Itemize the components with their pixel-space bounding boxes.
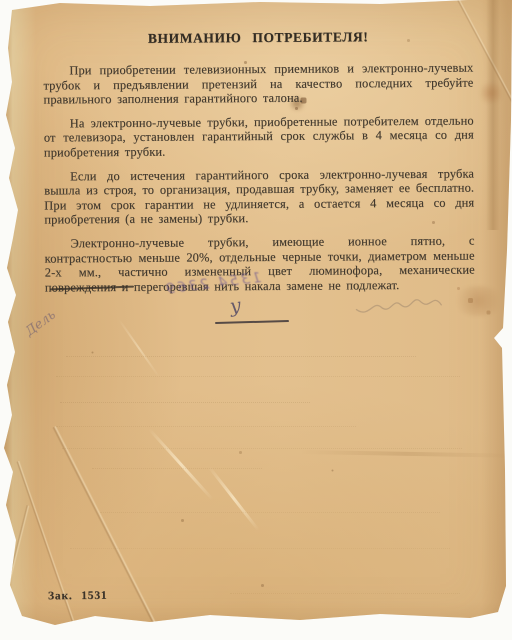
document-title: ВНИМАНИЮ ПОТРЕБИТЕЛЯ! [43,29,473,48]
paragraph-2: На электронно-лучевые трубки, приобретен… [44,113,474,160]
paragraph-1: При приобретении телевизионных приемнико… [43,61,473,108]
printed-notice: ВНИМАНИЮ ПОТРЕБИТЕЛЯ! При приобретении т… [43,29,475,304]
bleedthrough-line [62,448,462,449]
dirt-speckles [0,0,1,1]
bleedthrough-line [70,548,450,549]
bleedthrough-line [56,376,460,377]
bleedthrough-line [92,468,262,469]
paragraph-3: Если до истечения гарантийного срока эле… [44,166,474,227]
crease-right-edge [486,0,500,230]
bleedthrough-line [56,426,356,427]
bleedthrough-line [66,356,416,357]
bleedthrough-line [60,402,310,403]
bleedthrough-line [100,512,440,513]
stain-right-upper [478,82,504,104]
paper-sheet: ВНИМАНИЮ ПОТРЕБИТЕЛЯ! При приобретении т… [0,0,512,640]
bleedthrough-line [230,593,460,594]
print-code: Зак. 1531 [48,590,108,603]
